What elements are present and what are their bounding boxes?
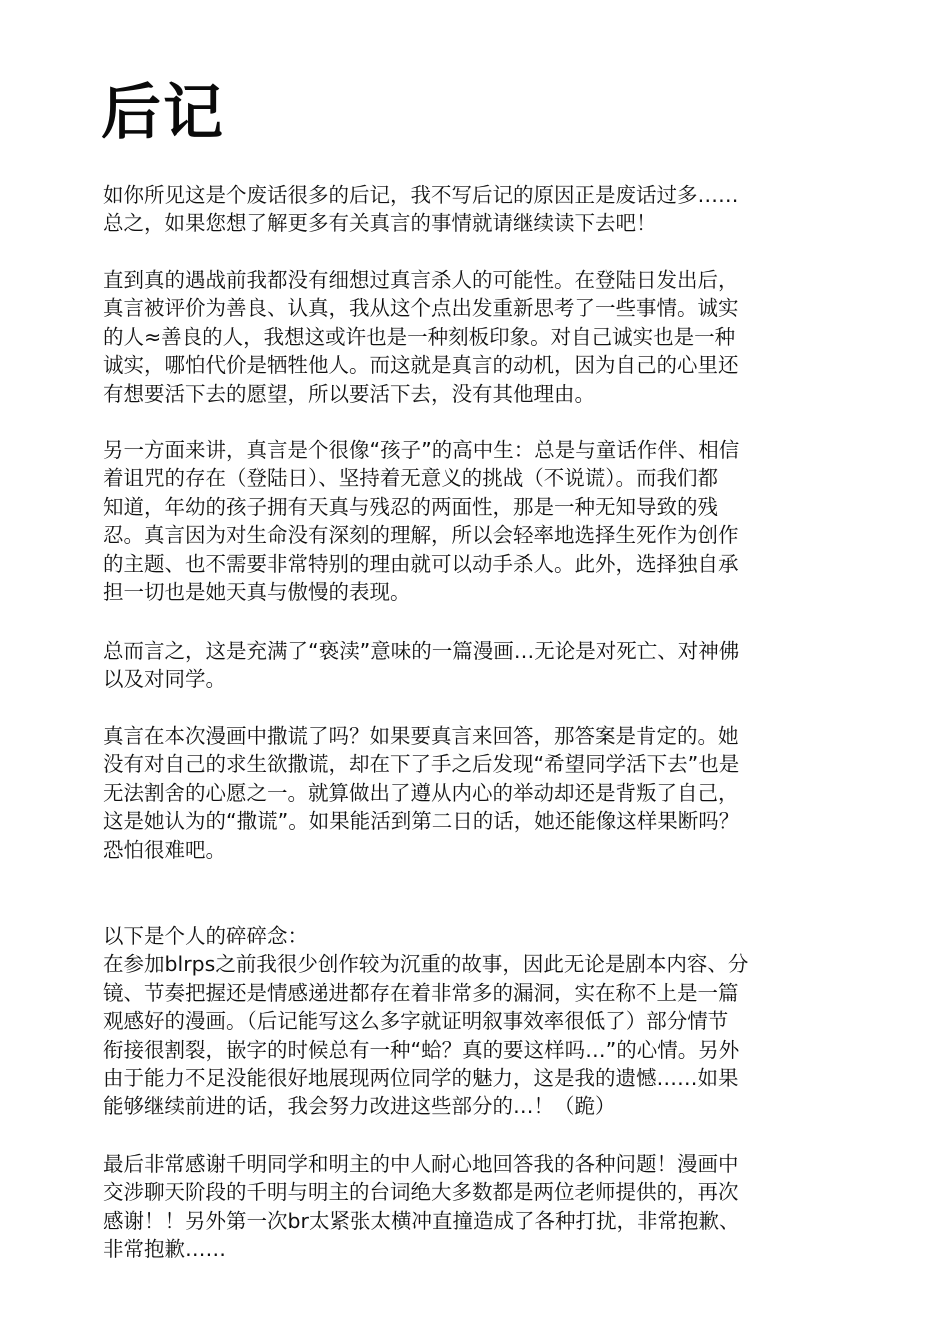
paragraph-thanks: 最后非常感谢千明同学和明主的中人耐心地回答我的各种问题！漫画中 交涉聊天阶段的千… bbox=[103, 1150, 843, 1264]
text-line: 在参加blrps之前我很少创作较为沉重的故事，因此无论是剧本内容、分 bbox=[103, 950, 843, 978]
paragraph-personal-notes: 以下是个人的碎碎念： 在参加blrps之前我很少创作较为沉重的故事，因此无论是剧… bbox=[103, 922, 843, 1121]
text-line: 交涉聊天阶段的千明与明主的台词绝大多数都是两位老师提供的，再次 bbox=[103, 1178, 843, 1206]
text-line: 镜、节奏把握还是情感递进都存在着非常多的漏洞，实在称不上是一篇 bbox=[103, 979, 843, 1007]
text-line: 如你所见这是个废话很多的后记，我不写后记的原因正是废话过多…… bbox=[103, 181, 843, 209]
text-line: 的人≈善良的人，我想这或许也是一种刻板印象。对自己诚实也是一种 bbox=[103, 323, 843, 351]
text-line: 真言被评价为善良、认真，我从这个点出发重新思考了一些事情。诚实 bbox=[103, 294, 843, 322]
text-line: 另一方面来讲，真言是个很像“孩子”的高中生：总是与童话作伴、相信 bbox=[103, 436, 843, 464]
text-line: 恐怕很难吧。 bbox=[103, 836, 843, 864]
text-line: 直到真的遇战前我都没有细想过真言杀人的可能性。在登陆日发出后， bbox=[103, 266, 843, 294]
paragraph-motive: 直到真的遇战前我都没有细想过真言杀人的可能性。在登陆日发出后， 真言被评价为善良… bbox=[103, 266, 843, 408]
text-line: 的主题、也不需要非常特别的理由就可以动手杀人。此外，选择独自承 bbox=[103, 550, 843, 578]
text-line: 以及对同学。 bbox=[103, 665, 843, 693]
page-title: 后记 bbox=[101, 78, 225, 148]
paragraph-child-nature: 另一方面来讲，真言是个很像“孩子”的高中生：总是与童话作伴、相信 着诅咒的存在（… bbox=[103, 436, 843, 606]
text-line: 诚实，哪怕代价是牺牲他人。而这就是真言的动机，因为自己的心里还 bbox=[103, 351, 843, 379]
afterword-page: 后记 如你所见这是个废话很多的后记，我不写后记的原因正是废话过多…… 总之，如果… bbox=[0, 0, 932, 1322]
text-line: 知道，年幼的孩子拥有天真与残忍的两面性，那是一种无知导致的残 bbox=[103, 493, 843, 521]
text-line: 非常抱歉…… bbox=[103, 1235, 843, 1263]
text-line: 没有对自己的求生欲撒谎，却在下了手之后发现“希望同学活下去”也是 bbox=[103, 750, 843, 778]
text-line: 总而言之，这是充满了“亵渎”意味的一篇漫画…无论是对死亡、对神佛 bbox=[103, 637, 843, 665]
text-line: 忍。真言因为对生命没有深刻的理解，所以会轻率地选择生死作为创作 bbox=[103, 521, 843, 549]
text-line: 由于能力不足没能很好地展现两位同学的魅力，这是我的遗憾……如果 bbox=[103, 1064, 843, 1092]
text-line: 有想要活下去的愿望，所以要活下去，没有其他理由。 bbox=[103, 380, 843, 408]
text-line: 这是她认为的“撒谎”。如果能活到第二日的话，她还能像这样果断吗？ bbox=[103, 807, 843, 835]
paragraph-intro: 如你所见这是个废话很多的后记，我不写后记的原因正是废话过多…… 总之，如果您想了… bbox=[103, 181, 843, 238]
text-line: 以下是个人的碎碎念： bbox=[103, 922, 843, 950]
text-line: 观感好的漫画。（后记能写这么多字就证明叙事效率很低了）部分情节 bbox=[103, 1007, 843, 1035]
paragraph-lie: 真言在本次漫画中撒谎了吗？如果要真言来回答，那答案是肯定的。她 没有对自己的求生… bbox=[103, 722, 843, 864]
text-line: 担一切也是她天真与傲慢的表现。 bbox=[103, 578, 843, 606]
text-line: 真言在本次漫画中撒谎了吗？如果要真言来回答，那答案是肯定的。她 bbox=[103, 722, 843, 750]
paragraph-summary: 总而言之，这是充满了“亵渎”意味的一篇漫画…无论是对死亡、对神佛 以及对同学。 bbox=[103, 637, 843, 694]
text-line: 总之，如果您想了解更多有关真言的事情就请继续读下去吧！ bbox=[103, 209, 843, 237]
text-line: 最后非常感谢千明同学和明主的中人耐心地回答我的各种问题！漫画中 bbox=[103, 1150, 843, 1178]
text-line: 感谢！！另外第一次br太紧张太横冲直撞造成了各种打扰，非常抱歉、 bbox=[103, 1207, 843, 1235]
text-line: 无法割舍的心愿之一。就算做出了遵从内心的举动却还是背叛了自己， bbox=[103, 779, 843, 807]
text-line: 衔接很割裂，嵌字的时候总有一种“蛤？真的要这样吗…”的心情。另外 bbox=[103, 1036, 843, 1064]
text-line: 能够继续前进的话，我会努力改进这些部分的…！（跪） bbox=[103, 1092, 843, 1120]
text-line: 着诅咒的存在（登陆日）、坚持着无意义的挑战（不说谎）。而我们都 bbox=[103, 464, 843, 492]
